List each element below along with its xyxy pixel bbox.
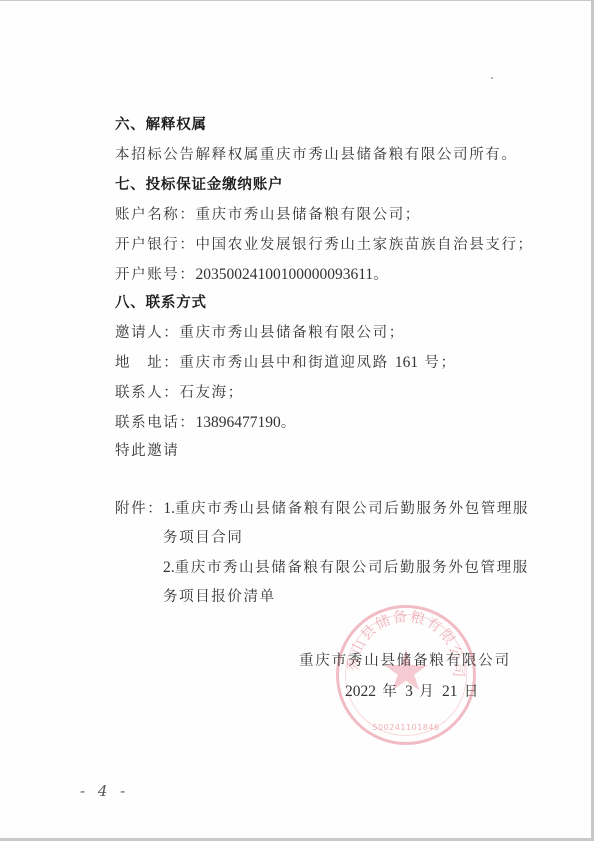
account-number-row: 开户账号：20350024100100000093611。 <box>115 265 389 285</box>
signature-date: 2022 年 3 月 21 日 <box>345 682 480 702</box>
inviter-row: 邀请人：重庆市秀山县储备粮有限公司； <box>115 323 405 343</box>
address-number: 161 <box>395 354 418 371</box>
address-row: 地 址：重庆市秀山县中和街道迎凤路 161 号； <box>115 353 457 373</box>
attachment-2-row: 2.重庆市秀山县储备粮有限公司后勤服务外包管理服 <box>163 558 529 578</box>
date-month: 3 <box>405 683 413 700</box>
contact-row: 联系人：石友海； <box>115 383 244 403</box>
address-suffix: 号； <box>418 355 456 371</box>
inviter-value: 重庆市秀山县储备粮有限公司； <box>179 325 404 341</box>
section-6-body: 本招标公告解释权属重庆市秀山县储备粮有限公司所有。 <box>115 145 518 165</box>
contact-value: 石友海； <box>179 385 243 401</box>
closing-text: 特此邀请 <box>115 441 179 461</box>
account-name-row: 账户名称：重庆市秀山县储备粮有限公司； <box>115 205 421 225</box>
date-day: 21 <box>442 683 458 700</box>
scan-speck <box>491 77 493 79</box>
address-value: 重庆市秀山县中和街道迎凤路 <box>179 355 395 371</box>
attachments-label: 附件： <box>115 501 163 517</box>
phone-suffix: 。 <box>281 415 297 431</box>
bank-row: 开户银行：中国农业发展银行秀山土家族苗族自治县支行； <box>115 235 534 255</box>
bank-label: 开户银行： <box>115 237 196 253</box>
attachment-1-line2: 务项目合同 <box>163 528 244 548</box>
page-number: - 4 - <box>80 782 129 800</box>
date-year: 2022 <box>345 683 376 700</box>
attachment-1-line1: 重庆市秀山县储备粮有限公司后勤服务外包管理服 <box>175 501 529 517</box>
attachment-2-line1: 重庆市秀山县储备粮有限公司后勤服务外包管理服 <box>175 560 529 576</box>
signature-company: 重庆市秀山县储备粮有限公司 <box>299 651 511 671</box>
account-name-value: 重庆市秀山县储备粮有限公司； <box>196 207 421 223</box>
section-6-heading: 六、解释权属 <box>115 115 207 135</box>
section-8-heading: 八、联系方式 <box>115 293 207 313</box>
account-number-value: 20350024100100000093611 <box>196 266 374 283</box>
inviter-label: 邀请人： <box>115 325 179 341</box>
official-seal: 秀山县储备粮有限公司 ★ 500241101846 <box>336 605 476 745</box>
attachment-1-number: 1. <box>163 500 175 517</box>
section-7-heading: 七、投标保证金缴纳账户 <box>115 175 283 195</box>
document-page: 六、解释权属 本招标公告解释权属重庆市秀山县储备粮有限公司所有。 七、投标保证金… <box>0 0 594 841</box>
account-name-label: 账户名称： <box>115 207 196 223</box>
attachment-1-row: 附件：1.重庆市秀山县储备粮有限公司后勤服务外包管理服 <box>115 499 529 519</box>
phone-label: 联系电话： <box>115 415 196 431</box>
attachment-2-number: 2. <box>163 559 175 576</box>
phone-value: 13896477190 <box>196 414 281 431</box>
account-number-suffix: 。 <box>373 267 389 283</box>
account-number-label: 开户账号： <box>115 267 196 283</box>
address-label: 地 址： <box>115 355 179 371</box>
bank-value: 中国农业发展银行秀山土家族苗族自治县支行； <box>196 237 534 253</box>
seal-code: 500241101846 <box>339 723 473 732</box>
attachment-2-line2: 务项目报价清单 <box>163 587 276 607</box>
contact-label: 联系人： <box>115 385 179 401</box>
phone-row: 联系电话：13896477190。 <box>115 413 297 433</box>
